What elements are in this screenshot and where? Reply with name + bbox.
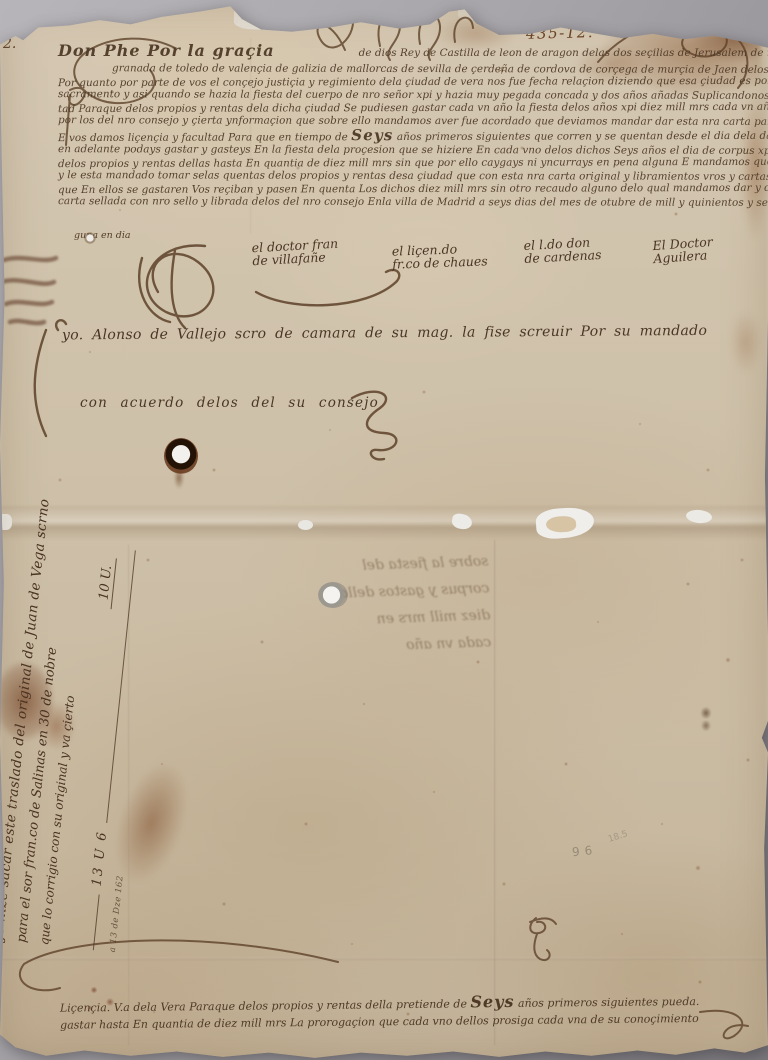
signature-chaues: el liçen.do fr.co de chaues [392, 242, 488, 270]
torn-paper-chip [0, 514, 12, 530]
signature-line: de villafañe [252, 250, 339, 267]
docket-seys-word: Seys [470, 992, 514, 1011]
horizontal-crease [0, 957, 768, 960]
pencil-note-small: 18.5 [607, 829, 629, 845]
signature-aguilera: El Doctor Aguilera [652, 236, 714, 265]
seys-line-pre: E vos damos liçençia y facultad Para que… [58, 131, 348, 144]
amount-value: 10 U. [96, 557, 117, 609]
docket-summary: Liçençia. V.a dela Vera Paraque delos pr… [60, 990, 762, 1033]
worm-hole [318, 582, 348, 608]
parchment-sheet: 435-12. 2. + Don Phe Por la graçia de di… [0, 0, 768, 1060]
ink-bleedthrough-block: sobre la fiesta del corpus y gastos dell… [278, 548, 492, 673]
text-line: carta sellada con nro sello y librada de… [58, 195, 762, 210]
archival-number: 435-12. [526, 23, 595, 43]
torn-paper-chip [298, 520, 313, 530]
left-margin-number: 2. [3, 36, 16, 52]
photograph-of-manuscript: 435-12. 2. + Don Phe Por la graçia de di… [0, 0, 768, 1060]
vertical-crease [493, 540, 496, 1045]
stain-right-edge [726, 300, 762, 385]
royal-intitulation: Don Phe Por la graçia de dios Rey de Cas… [58, 44, 762, 60]
opening-words: Don Phe Por la graçia [58, 44, 275, 57]
bottom-left-sweep [20, 940, 338, 990]
seys-word: Seys [351, 126, 393, 144]
signature-line: de cardenas [524, 248, 602, 265]
torn-paper-chip [535, 506, 595, 540]
rotated-marginal-notes: Jo hize sacar este traslado del original… [0, 539, 179, 954]
council-accord-line: con acuerdo delos del su consejo [80, 395, 379, 411]
docket-text: años primeros siguientes pueda. [518, 995, 700, 1010]
torn-paper-chip [451, 513, 473, 531]
text-line: por los del nro consejo y çierta ynforma… [58, 115, 762, 130]
backing-patch [458, 4, 504, 20]
scribe-subscription-line: yo. Alonso de Vallejo scro de camara de … [62, 323, 757, 344]
backing-patch [234, 1, 305, 31]
signature-2-underline [256, 270, 399, 305]
torn-paper-chip [685, 509, 712, 524]
date-note-above-signatures: guna en dia [74, 230, 131, 241]
paper-sheet-wrapper: 435-12. 2. + Don Phe Por la graçia de di… [0, 0, 768, 1060]
horizontal-fold-crease [0, 506, 768, 540]
text-line-seys: E vos damos liçençia y facultad Para que… [58, 127, 762, 144]
signature-line: fr.co de chaues [392, 255, 488, 271]
backing-patch [500, 0, 533, 19]
signature-1-rubric [147, 246, 213, 317]
pencil-note: 96 [571, 843, 598, 860]
ink-corrosion-stain [172, 466, 186, 496]
opening-tail: de dios Rey de Castilla de leon de arago… [359, 47, 768, 60]
seys-line-post: años primeros siguientes que corren y se… [397, 129, 768, 142]
ink-rule [81, 893, 100, 950]
left-margin-flourish [35, 330, 46, 436]
small-hole [84, 232, 96, 244]
signature-line: Aguilera [653, 248, 714, 265]
charter-body-text: Don Phe Por la graçia de dios Rey de Cas… [58, 44, 762, 209]
signature-cardenas: el l.do don de cardenas [523, 236, 601, 265]
signature-villafane: el doctor fran de villafañe [251, 238, 339, 267]
ink-blot-mid-right [698, 704, 714, 734]
monogram-cipher [530, 918, 556, 960]
